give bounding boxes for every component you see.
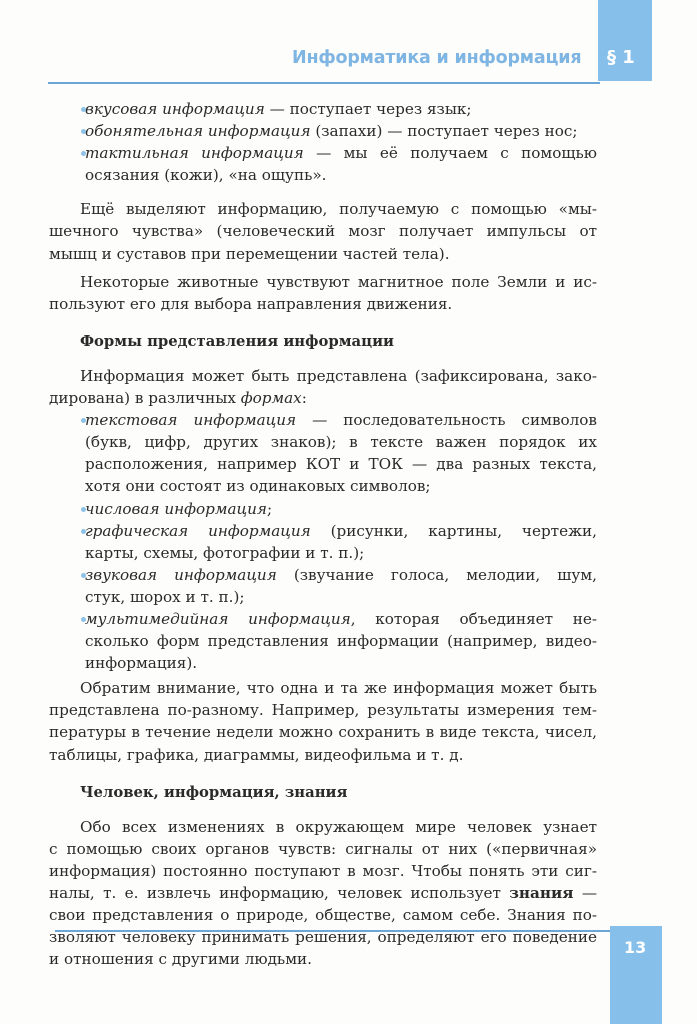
section-number: § 1 [607, 47, 635, 68]
list-item: текстовая информация — последовательност… [49, 409, 597, 497]
list-item: тактильная информация — мы её получаем с… [49, 142, 597, 186]
term: вкусовая информация [85, 100, 265, 118]
page-number: 13 [624, 938, 646, 957]
bullet-icon [81, 617, 86, 622]
term: обонятельная информация [85, 122, 311, 140]
paragraph: Ещё выделяют информацию, получаемую с по… [49, 198, 597, 264]
bullet-icon [81, 573, 86, 578]
list-item: вкусовая информация — поступает через яз… [49, 98, 597, 120]
bullet-icon [81, 107, 86, 112]
paragraph: Обо всех изменениях в окружающем мире че… [49, 816, 597, 971]
list-item: звуковая информация (звучание голоса, ме… [49, 564, 597, 608]
section-tab [598, 0, 652, 81]
term: тактильная информация [85, 144, 304, 162]
page-body: вкусовая информация — поступает через яз… [49, 98, 597, 970]
header-rule [48, 82, 600, 84]
running-header-title: Информатика и информация [292, 48, 581, 68]
list-item: числовая информация; [49, 498, 597, 520]
footer-rule [55, 930, 612, 932]
section-heading: Формы представления информации [49, 331, 597, 353]
paragraph: Некоторые животные чувствуют магнитное п… [49, 271, 597, 315]
list-item: мультимедийная информация, которая объед… [49, 608, 597, 674]
bullet-icon [81, 529, 86, 534]
bullet-icon [81, 507, 86, 512]
list-item: обонятельная информация (запахи) — посту… [49, 120, 597, 142]
paragraph: Обратим внимание, что одна и та же инфор… [49, 677, 597, 765]
list-item: графическая информация (рисунки, картины… [49, 520, 597, 564]
section-heading: Человек, информация, знания [49, 782, 597, 804]
paragraph: Информация может быть представлена (зафи… [49, 365, 597, 409]
